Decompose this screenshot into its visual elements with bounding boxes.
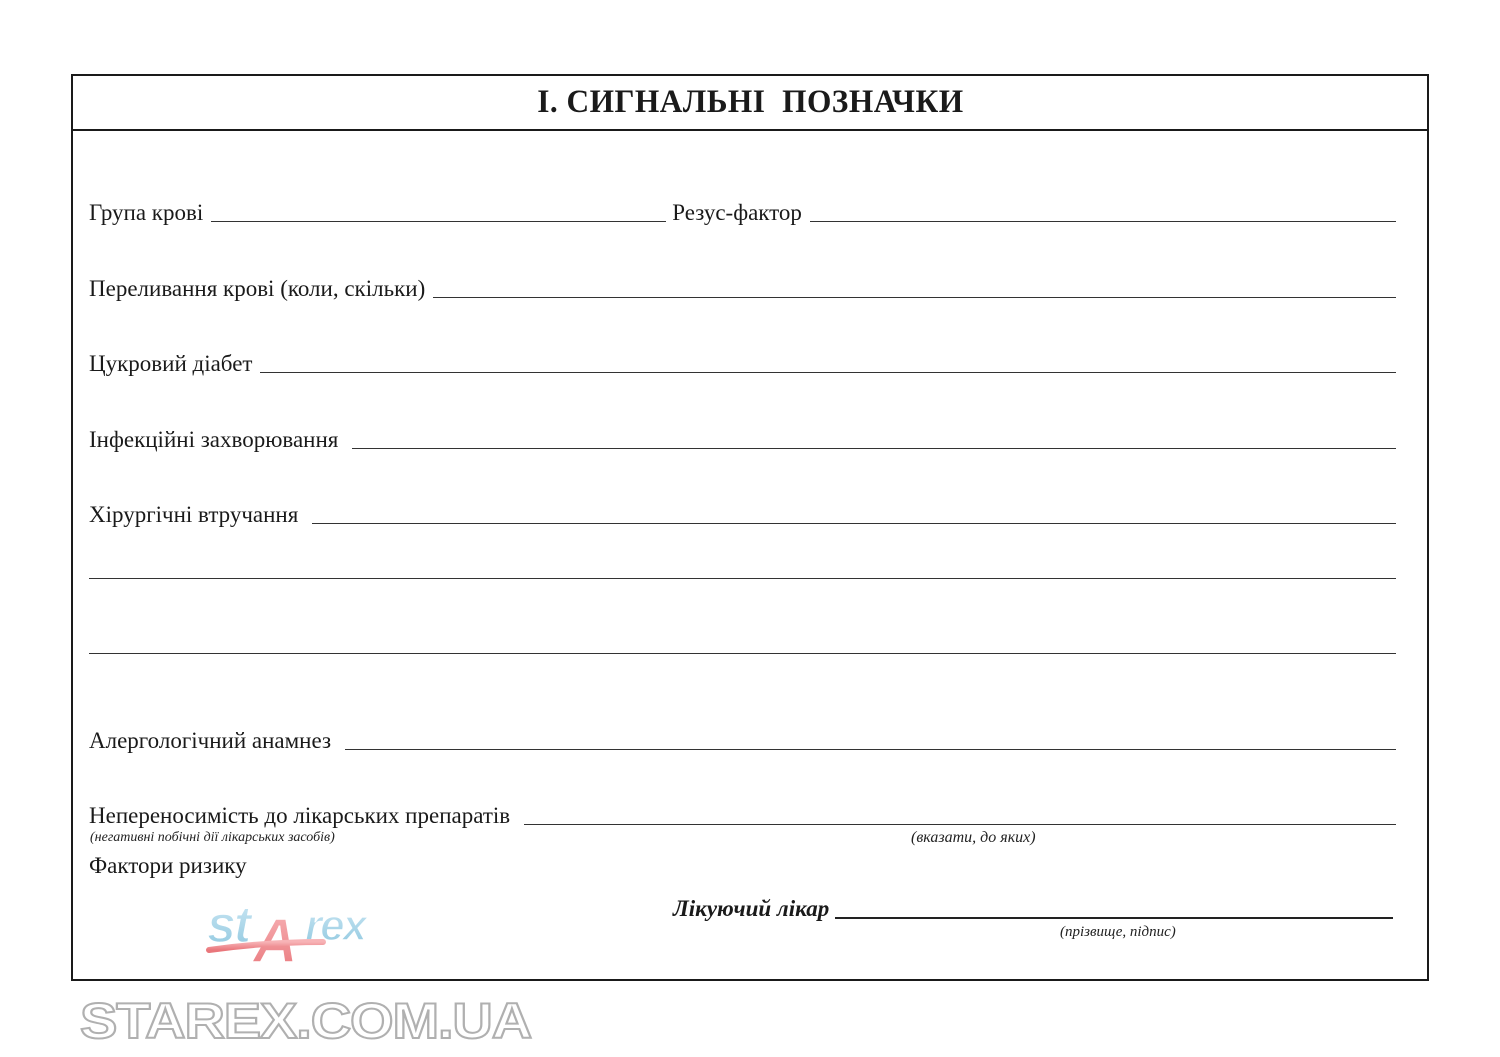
row-transfusion: Переливання крові (коли, скільки): [89, 276, 1396, 302]
surgery-field[interactable]: [312, 523, 1396, 524]
doctor-row: Лікуючий лікар: [673, 896, 1393, 922]
intolerance-label: Непереносимість до лікарських препаратів: [89, 803, 524, 829]
starex-logo-icon: st rex A: [205, 880, 405, 980]
surgery-label: Хірургічні втручання: [89, 502, 312, 528]
infectious-field[interactable]: [352, 448, 1396, 449]
doctor-label: Лікуючий лікар: [673, 896, 835, 922]
intolerance-hint: (вказати, до яких): [911, 829, 1036, 847]
extra-field-2[interactable]: [89, 653, 1396, 654]
transfusion-field[interactable]: [433, 297, 1396, 298]
row-diabetes: Цукровий діабет: [89, 351, 1396, 377]
rh-factor-field[interactable]: [810, 221, 1396, 222]
doctor-signature-field[interactable]: [835, 917, 1393, 919]
risk-factors-label: Фактори ризику: [89, 853, 255, 879]
row-infectious: Інфекційні захворювання: [89, 427, 1396, 453]
row-extra-2: [89, 653, 1396, 658]
rh-factor-label: Резус-фактор: [666, 200, 810, 226]
row-intolerance: Непереносимість до лікарських препаратів: [89, 803, 1396, 829]
row-risk-factors: Фактори ризику: [89, 853, 1396, 879]
intolerance-field[interactable]: [524, 824, 1396, 825]
row-extra-1: [89, 578, 1396, 583]
row-surgery: Хірургічні втручання: [89, 502, 1396, 528]
form-title: І. СИГНАЛЬНІ ПОЗНАЧКИ: [537, 84, 963, 121]
diabetes-field[interactable]: [260, 372, 1396, 373]
row-blood: Група крові Резус-фактор: [89, 200, 1396, 226]
extra-field-1[interactable]: [89, 578, 1396, 579]
intolerance-note: (негативні побічні дії лікарських засобі…: [90, 830, 335, 846]
transfusion-label: Переливання крові (коли, скільки): [89, 276, 433, 302]
blood-group-label: Група крові: [89, 200, 211, 226]
diabetes-label: Цукровий діабет: [89, 351, 260, 377]
infectious-label: Інфекційні захворювання: [89, 427, 352, 453]
allergy-field[interactable]: [345, 749, 1396, 750]
watermark: STAREX.COM.UA: [80, 992, 531, 1050]
allergy-label: Алергологічний анамнез: [89, 728, 345, 754]
doctor-hint: (прізвище, підпис): [1060, 924, 1176, 941]
title-bar: І. СИГНАЛЬНІ ПОЗНАЧКИ: [73, 76, 1427, 131]
blood-group-field[interactable]: [211, 221, 666, 222]
row-allergy: Алергологічний анамнез: [89, 728, 1396, 754]
